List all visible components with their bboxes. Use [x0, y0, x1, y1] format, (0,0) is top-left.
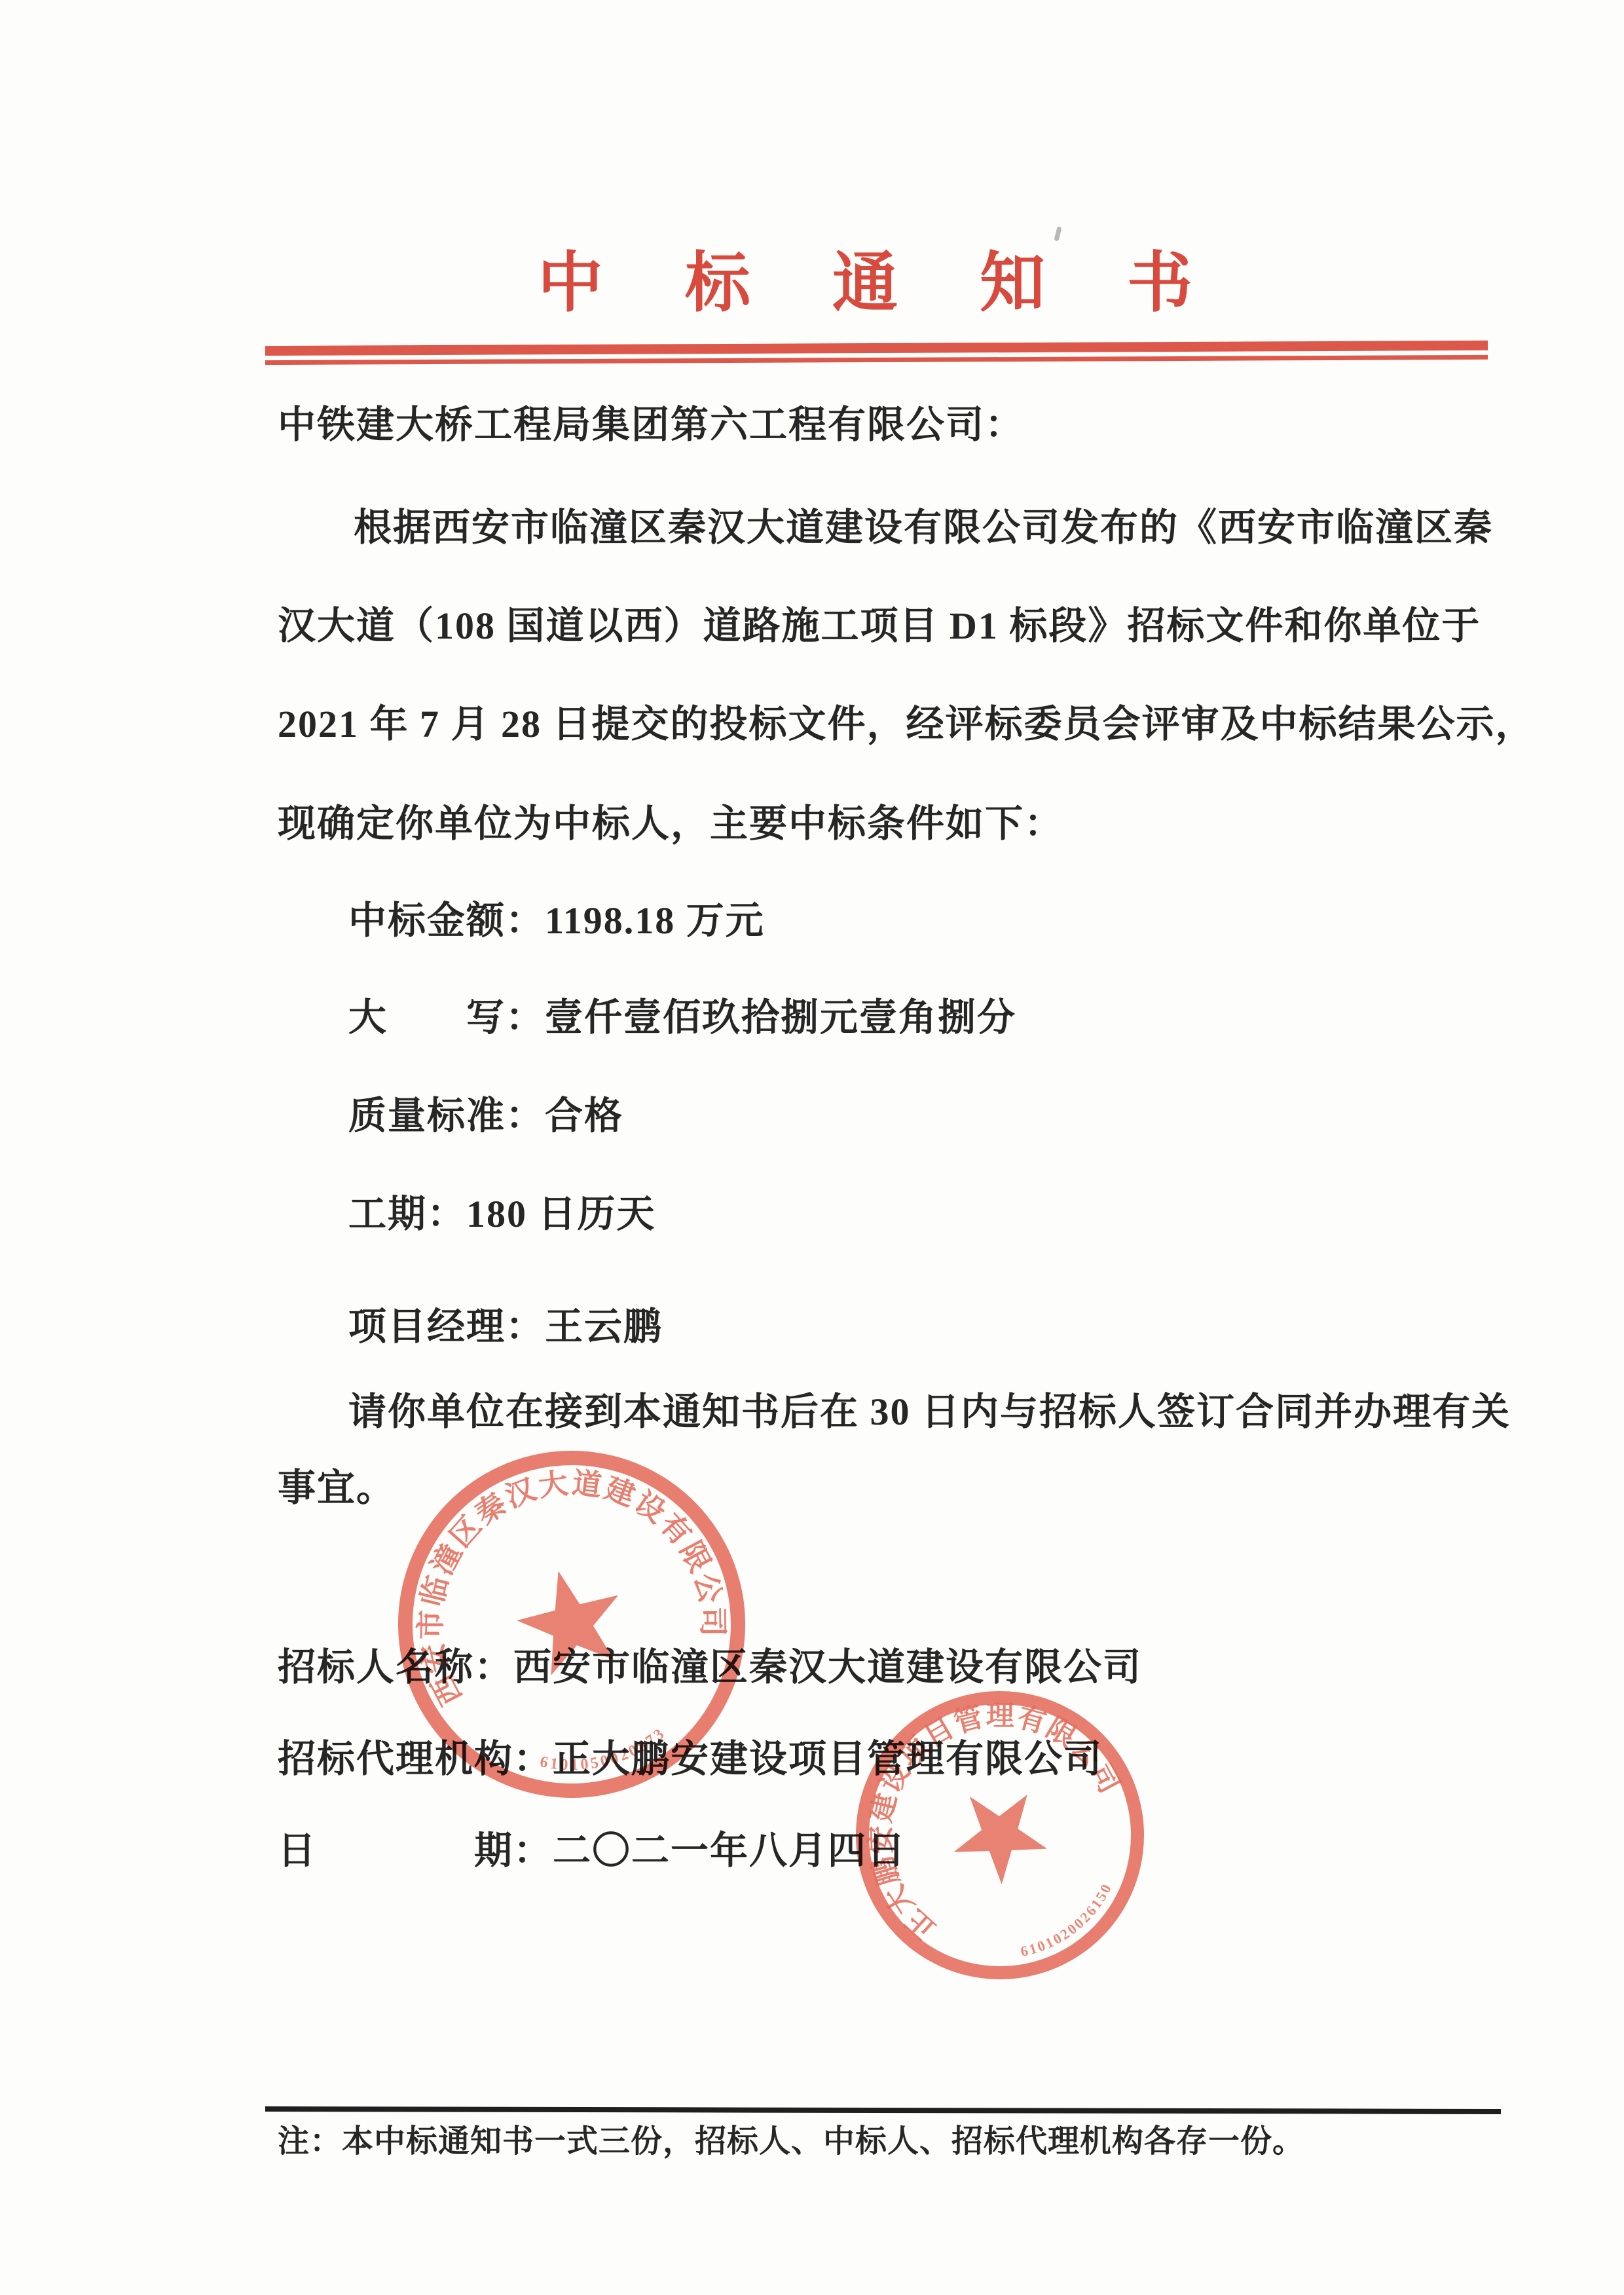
- seal-company-arc-text: 正大鹏安建设项目管理有限公司: [810, 1646, 1130, 1949]
- bid-amount-line: 中标金额：1198.18 万元: [348, 899, 765, 943]
- footer-divider: [265, 2106, 1501, 2114]
- page-title: 中 标 通 知 书: [275, 245, 1488, 322]
- footer-note: 注：本中标通知书一式三份，招标人、中标人、招标代理机构各存一份。: [278, 2123, 1304, 2161]
- body-line-2: 汉大道（108 国道以西）道路施工项目 D1 标段》招标文件和你单位于: [278, 604, 1481, 648]
- title-divider-thick: [265, 341, 1488, 356]
- scan-speck: [1054, 226, 1061, 241]
- body-line-1: 根据西安市临潼区秦汉大道建设有限公司发布的《西安市临潼区秦: [354, 506, 1493, 550]
- closing-line-1: 请你单位在接到本通知书后在 30 日内与招标人签订合同并办理有关: [348, 1390, 1511, 1434]
- title-divider-thin: [265, 355, 1488, 365]
- body-line-3: 2021 年 7 月 28 日提交的投标文件，经评标委员会评审及中标结果公示，: [278, 702, 1535, 747]
- body-line-4: 现确定你单位为中标人，主要中标条件如下：: [278, 802, 1063, 846]
- seal-star-icon: [933, 1768, 1061, 1895]
- amount-in-words-line: 大 写：壹仟壹佰玖拾捌元壹角捌分: [348, 996, 1016, 1040]
- recipient-line: 中铁建大桥工程局集团第六工程有限公司：: [278, 403, 1024, 447]
- project-manager-line: 项目经理：王云鹏: [348, 1305, 663, 1349]
- quality-standard-line: 质量标准：合格: [348, 1094, 623, 1138]
- construction-period-line: 工期：180 日历天: [348, 1192, 656, 1237]
- seal-star-icon: [507, 1558, 633, 1680]
- scanned-document-page: 中 标 通 知 书 中铁建大桥工程局集团第六工程有限公司： 根据西安市临潼区秦汉…: [0, 0, 1624, 2295]
